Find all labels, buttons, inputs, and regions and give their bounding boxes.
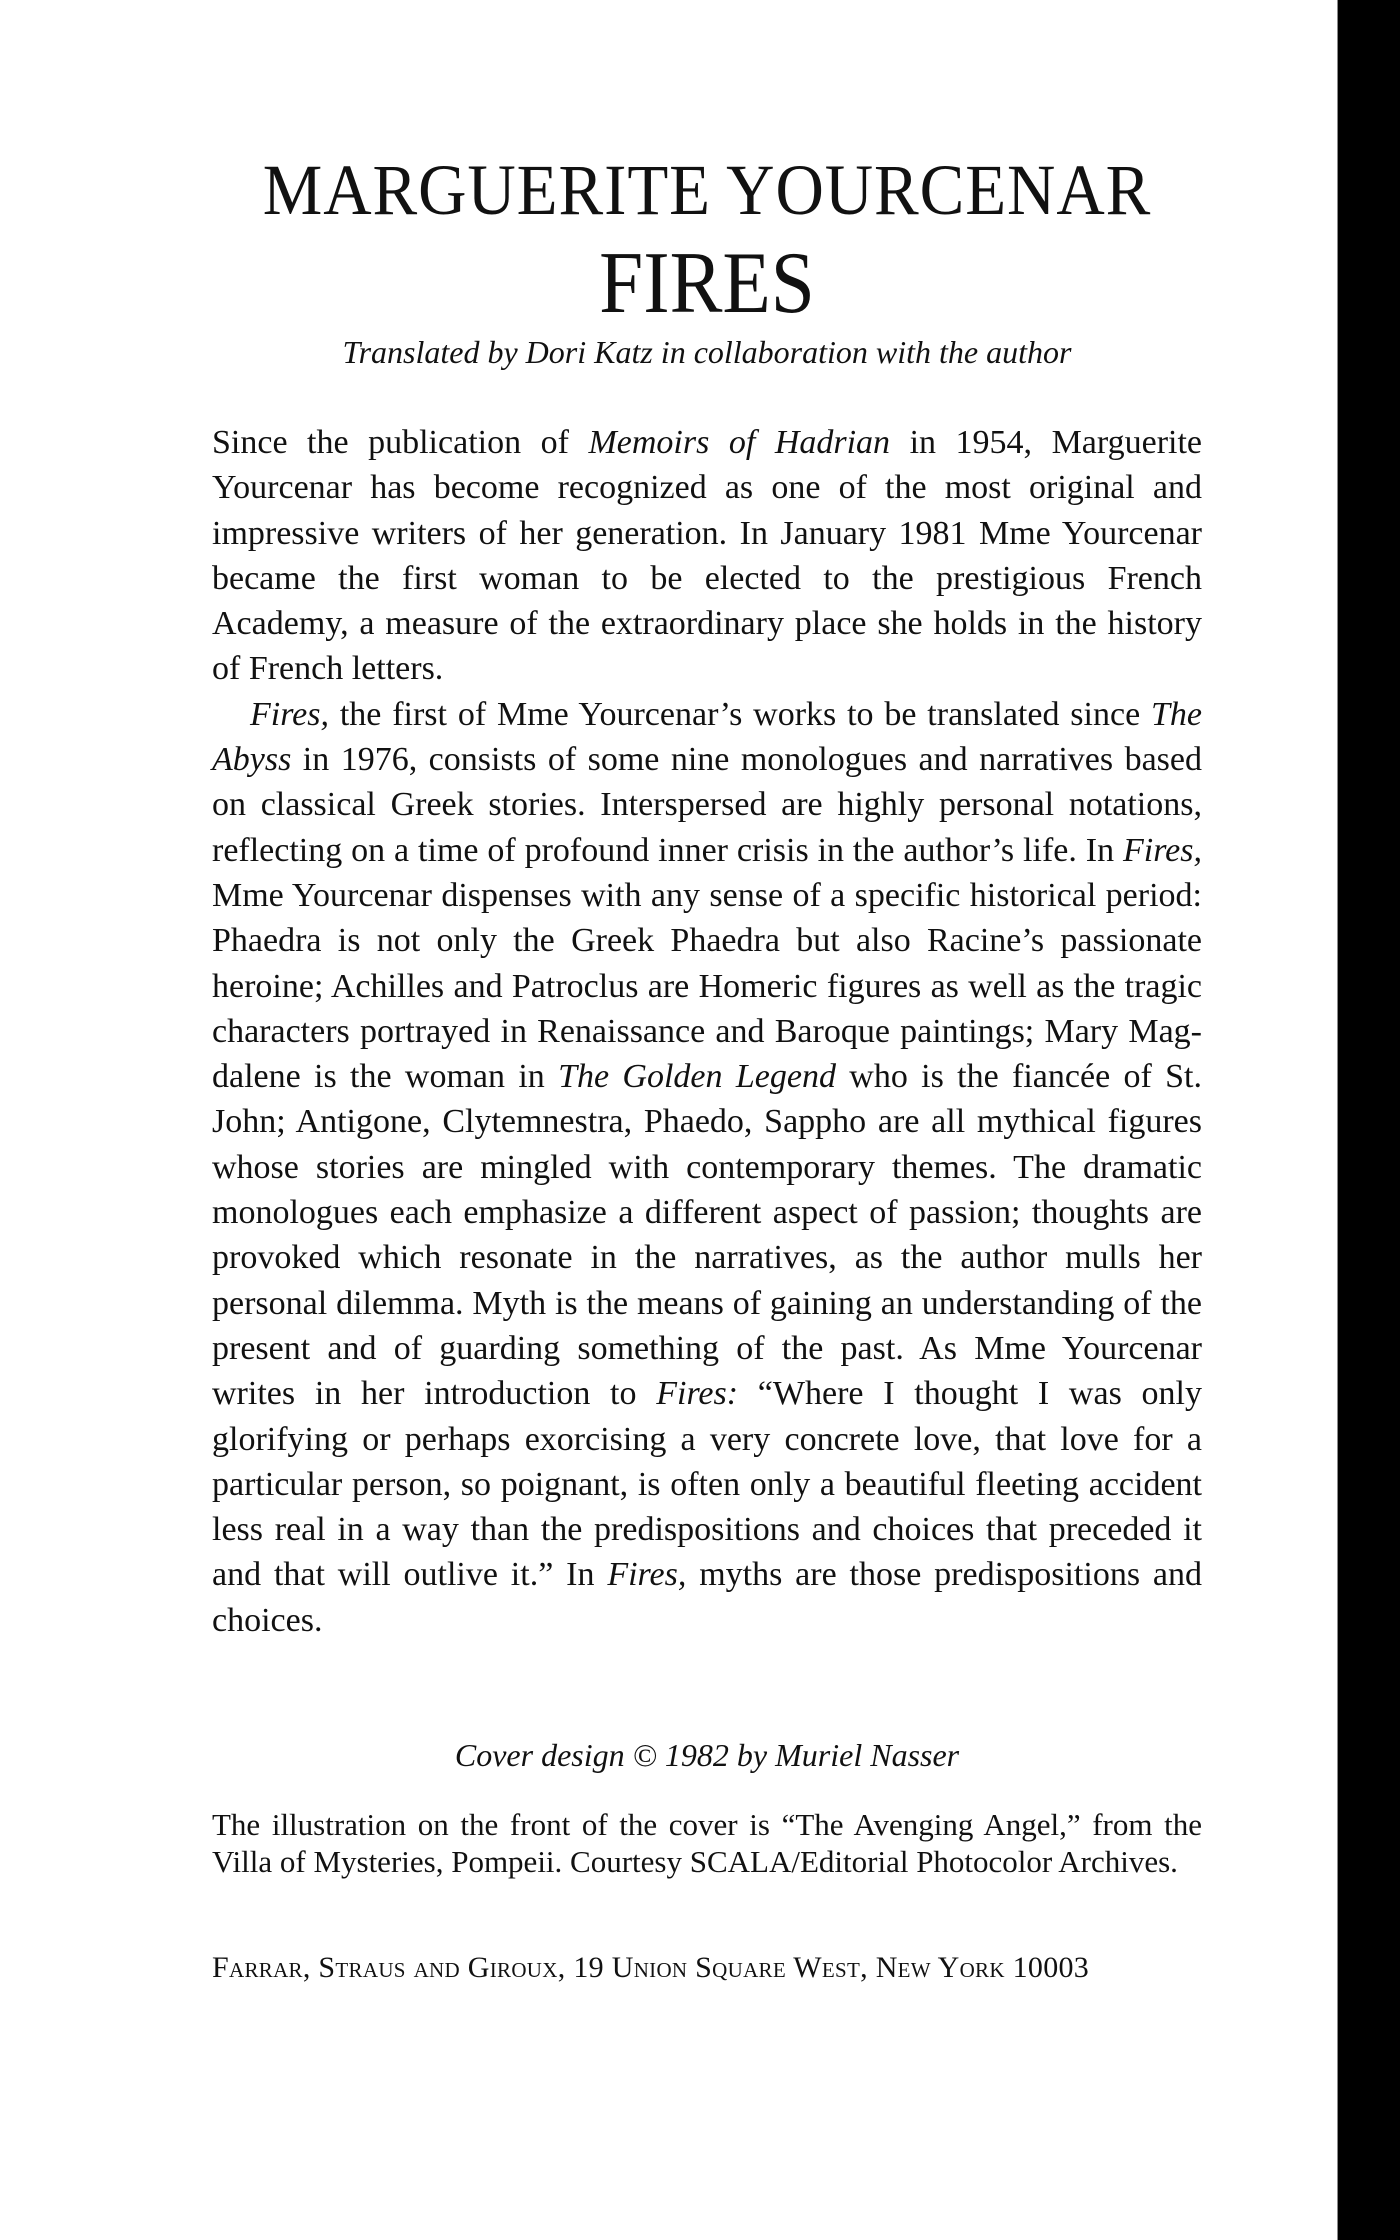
text-segment: in 1954, Marguerite Yourcenar has become… bbox=[212, 424, 1202, 687]
author-name: MARGUERITE YOURCENAR bbox=[247, 150, 1168, 230]
text-segment: who is the fiancée of St. John; Antigone… bbox=[212, 1058, 1202, 1412]
description-paragraph-1: Since the publication of Memoirs of Hadr… bbox=[212, 420, 1202, 692]
description-body: Since the publication of Memoirs of Hadr… bbox=[212, 420, 1202, 1643]
cover-illustration-note: The illustration on the front of the cov… bbox=[212, 1806, 1202, 1880]
book-reference-memoirs-of-hadrian: Memoirs of Hadrian bbox=[588, 424, 890, 461]
translator-credit: Translated by Dori Katz in collaboration… bbox=[212, 332, 1202, 372]
page-edge-shadow bbox=[1337, 0, 1400, 2240]
book-jacket-flap: MARGUERITE YOURCENAR FIRES Translated by… bbox=[0, 0, 1400, 2240]
book-title: FIRES bbox=[262, 238, 1153, 330]
publisher-address: Farrar, Straus and Giroux, 19 Union Squa… bbox=[212, 1950, 1202, 1986]
book-reference-fires: Fires, bbox=[250, 696, 329, 733]
text-segment: the first of Mme Yourcenar’s works to be… bbox=[329, 696, 1151, 733]
cover-design-credit: Cover design © 1982 by Muriel Nasser bbox=[212, 1735, 1202, 1775]
text-segment: in 1976, consists of some nine monologue… bbox=[212, 741, 1202, 869]
book-reference-fires: Fires, bbox=[607, 1556, 686, 1593]
book-reference-fires: Fires, bbox=[1123, 832, 1202, 869]
book-reference-fires: Fires: bbox=[656, 1375, 738, 1412]
text-segment: Since the publication of bbox=[212, 424, 588, 461]
book-reference-the-golden-legend: The Golden Legend bbox=[558, 1058, 836, 1095]
description-paragraph-2: Fires, the first of Mme Yourcenar’s work… bbox=[212, 692, 1202, 1643]
